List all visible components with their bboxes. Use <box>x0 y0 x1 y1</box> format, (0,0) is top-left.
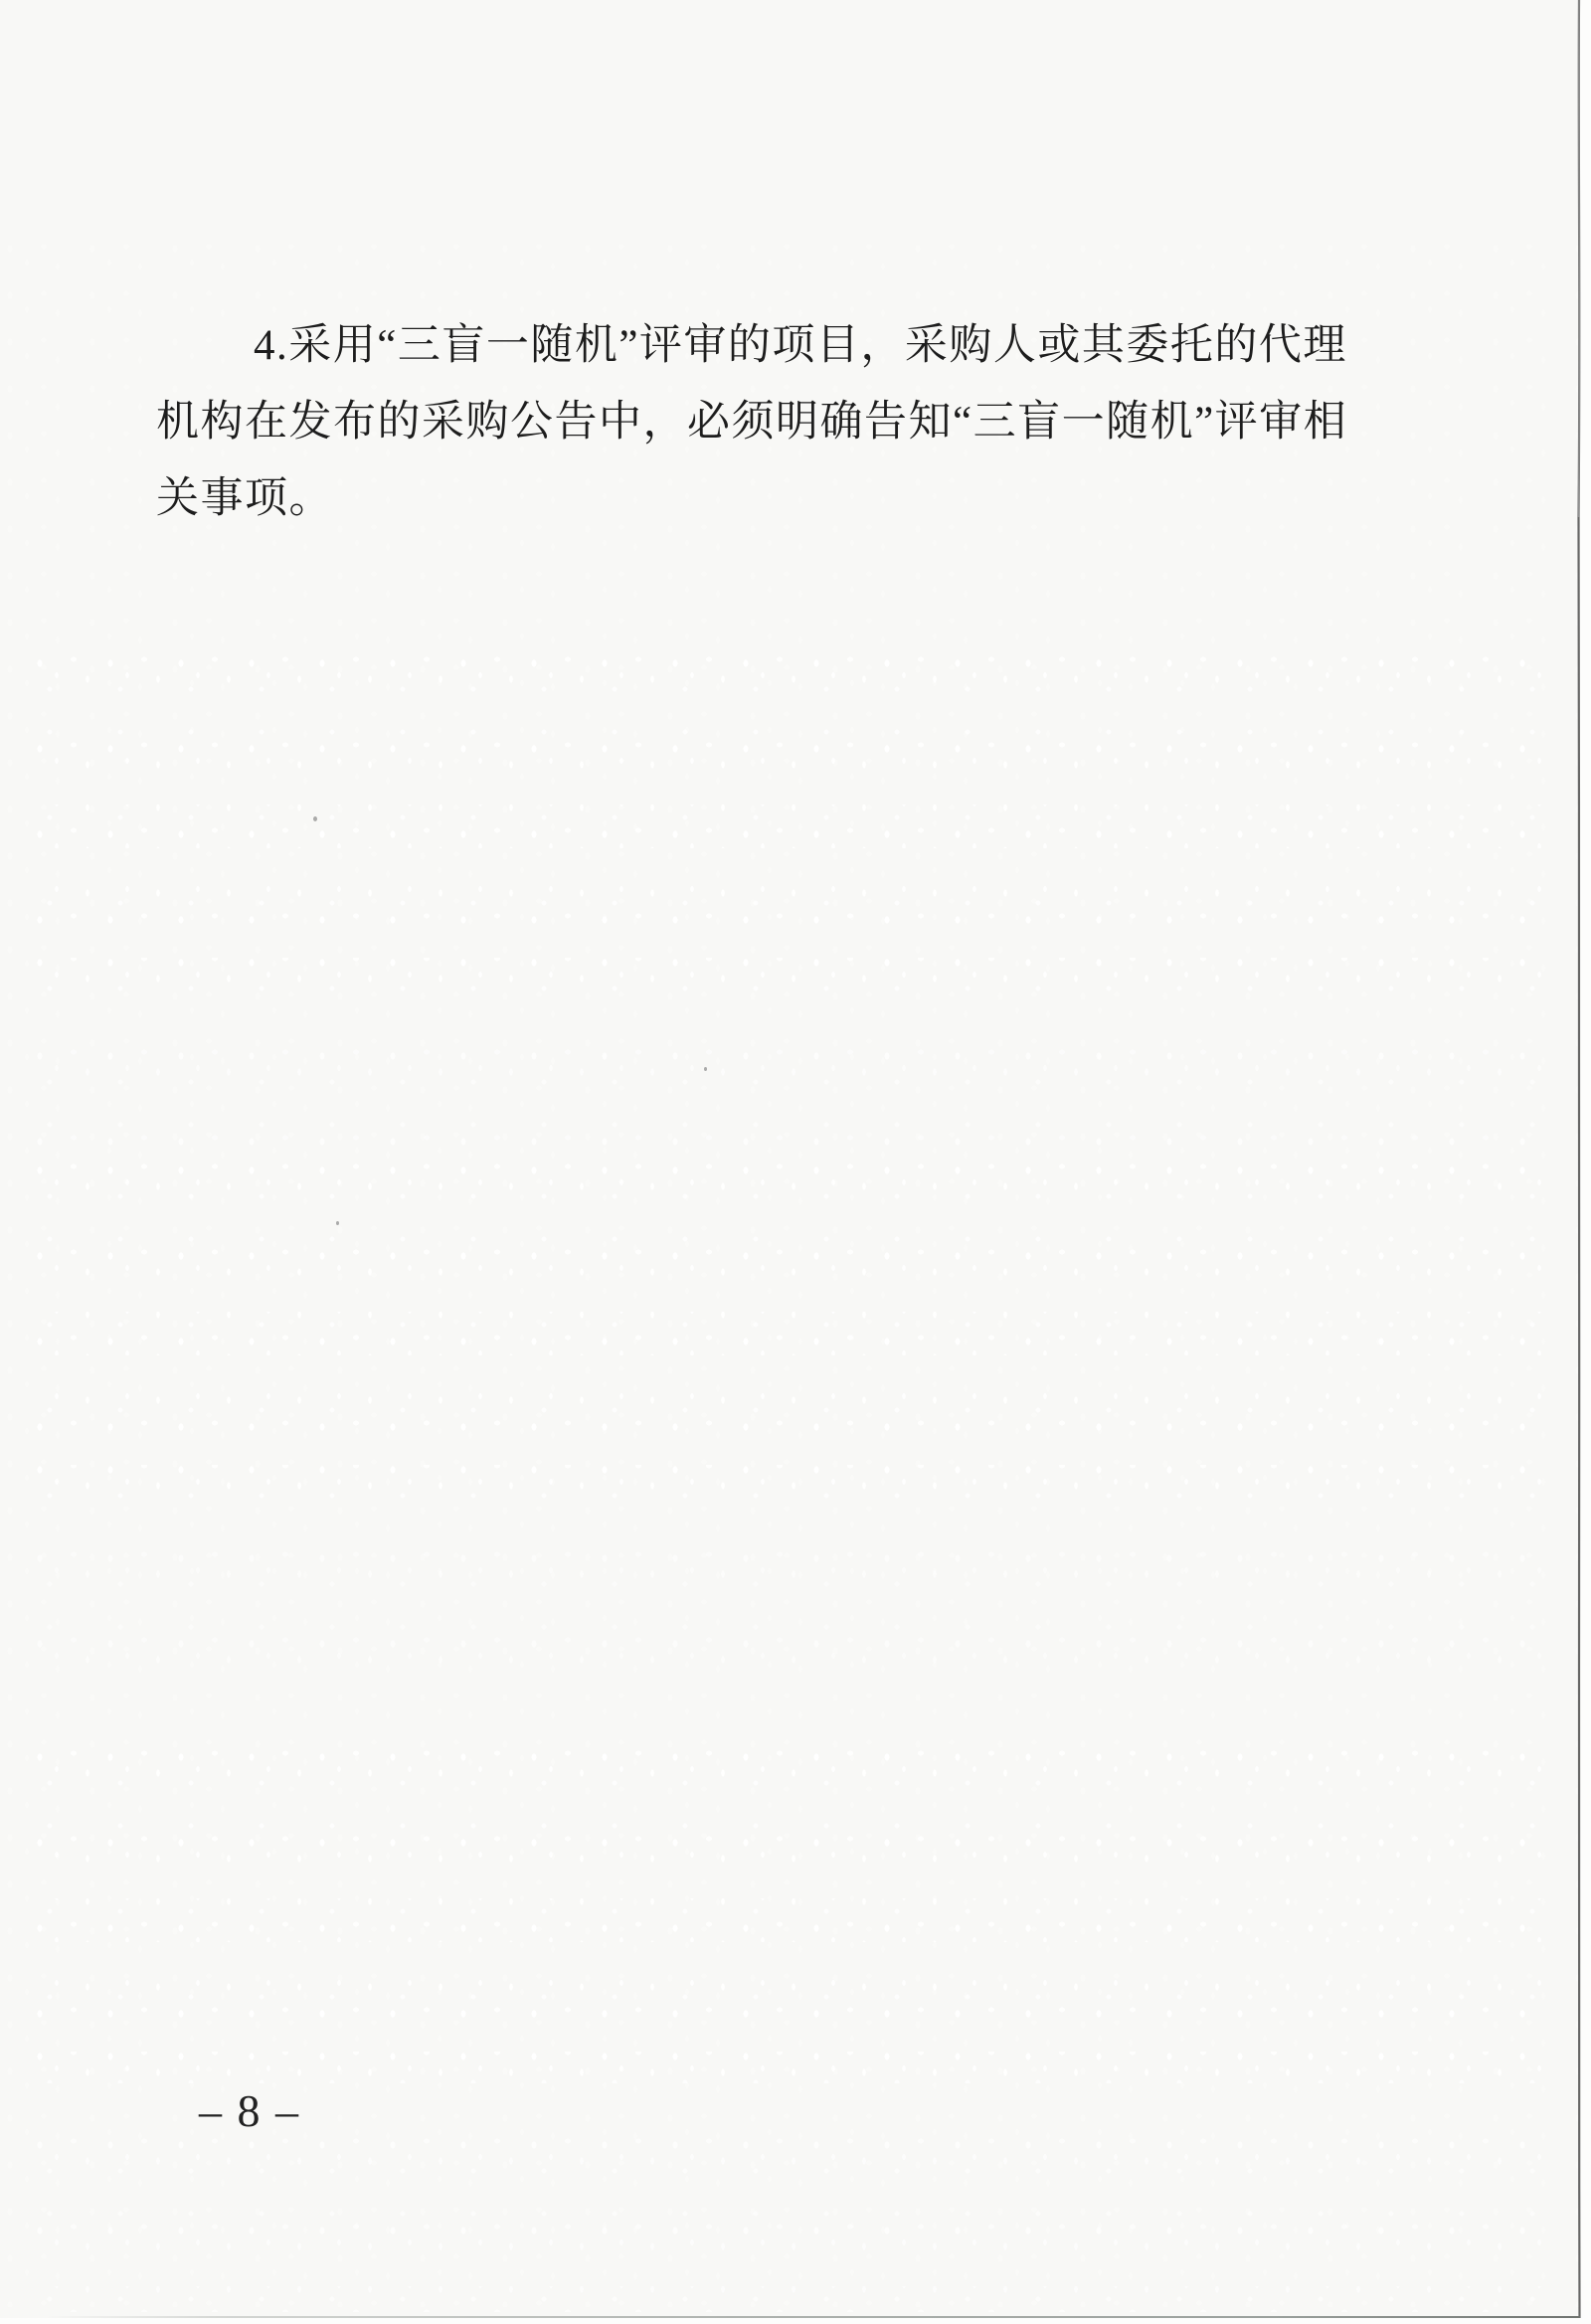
bleed-through-texture <box>30 1044 1541 1149</box>
ink-speck <box>704 1067 707 1071</box>
page-number: – 8 – <box>199 2085 300 2137</box>
bleed-through-texture <box>30 1745 1541 2083</box>
body-paragraph: 4.采用“三盲一随机”评审的项目，采购人或其委托的代理 机构在发布的采购公告中，… <box>156 307 1409 537</box>
ink-speck <box>336 1221 339 1225</box>
bleed-through-texture <box>30 1159 1541 1502</box>
scanned-document-page: 4.采用“三盲一随机”评审的项目，采购人或其委托的代理 机构在发布的采购公告中，… <box>0 0 1580 2318</box>
scan-right-edge-line <box>1571 0 1585 2318</box>
paragraph-line-3: 关事项。 <box>156 460 1409 537</box>
paragraph-line-2: 机构在发布的采购公告中，必须明确告知“三盲一随机”评审相 <box>156 384 1409 460</box>
bleed-through-texture <box>30 1546 1541 1676</box>
paragraph-line-1: 4.采用“三盲一随机”评审的项目，采购人或其委托的代理 <box>254 307 1409 384</box>
bleed-through-texture <box>30 651 1541 994</box>
scan-bottom-edge-line <box>45 2316 1580 2318</box>
ink-speck <box>313 816 317 821</box>
bleed-through-texture <box>30 2133 1541 2312</box>
